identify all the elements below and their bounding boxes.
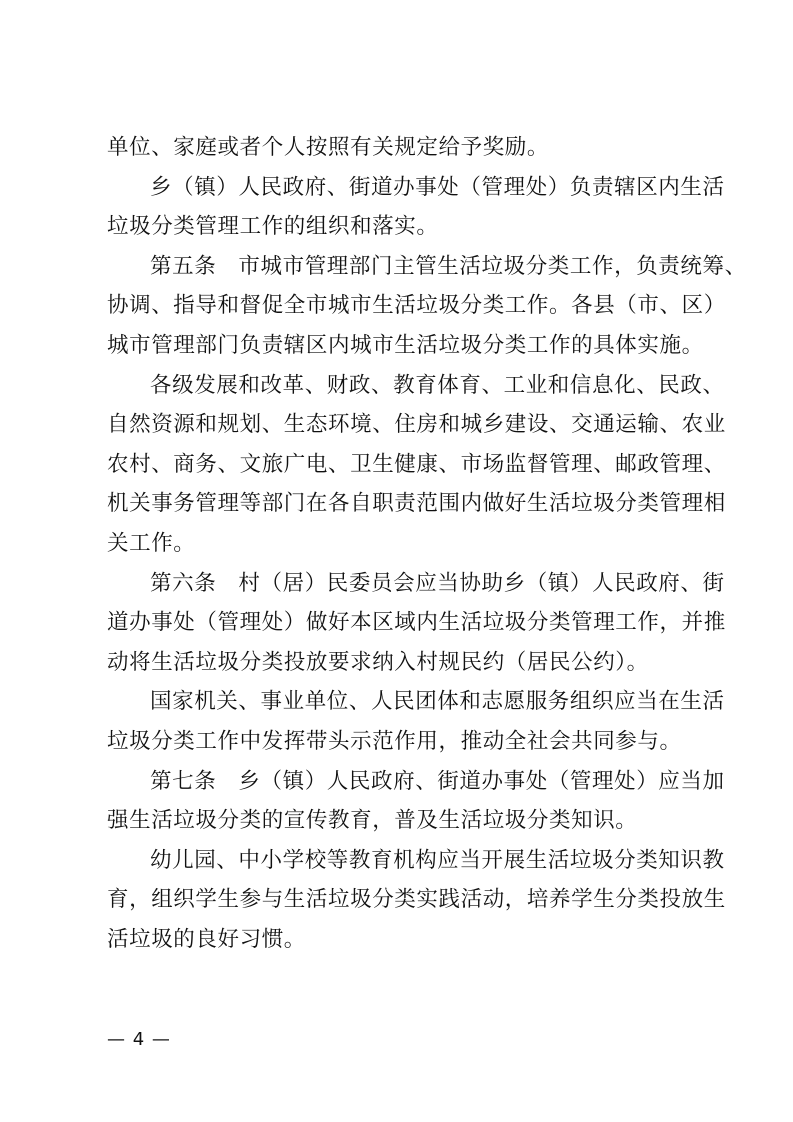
- text-line: 强生活垃圾分类的宣传教育，普及生活垃圾分类知识。: [107, 801, 697, 841]
- text-line: 动将生活垃圾分类投放要求纳入村规民约（居民公约）。: [107, 643, 697, 683]
- text-line: 垃圾分类工作中发挥带头示范作用，推动全社会共同参与。: [107, 722, 697, 762]
- article-6-heading-line: 第六条 村（居）民委员会应当协助乡（镇）人民政府、街: [107, 564, 697, 604]
- text-line: 农村、商务、文旅广电、卫生健康、市场监督管理、邮政管理、: [107, 445, 697, 485]
- page-number: — 4 —: [107, 1028, 171, 1052]
- text-line: 活垃圾的良好习惯。: [107, 920, 697, 960]
- text-line: 机关事务管理等部门在各自职责范围内做好生活垃圾分类管理相: [107, 484, 697, 524]
- text-line: 道办事处（管理处）做好本区域内生活垃圾分类管理工作，并推: [107, 603, 697, 643]
- text-line: 协调、指导和督促全市城市生活垃圾分类工作。各县（市、区）: [107, 286, 697, 326]
- text-line: 垃圾分类管理工作的组织和落实。: [107, 207, 697, 247]
- text-line: 育，组织学生参与生活垃圾分类实践活动，培养学生分类投放生: [107, 880, 697, 920]
- article-7-heading-line: 第七条 乡（镇）人民政府、街道办事处（管理处）应当加: [107, 762, 697, 802]
- text-line: 幼儿园、中小学校等教育机构应当开展生活垃圾分类知识教: [107, 841, 697, 881]
- text-line: 国家机关、事业单位、人民团体和志愿服务组织应当在生活: [107, 682, 697, 722]
- document-body: 单位、家庭或者个人按照有关规定给予奖励。 乡（镇）人民政府、街道办事处（管理处）…: [107, 128, 697, 959]
- text-line: 单位、家庭或者个人按照有关规定给予奖励。: [107, 128, 697, 168]
- text-line: 各级发展和改革、财政、教育体育、工业和信息化、民政、: [107, 366, 697, 406]
- article-5-heading-line: 第五条 市城市管理部门主管生活垃圾分类工作，负责统筹、: [107, 247, 697, 287]
- text-line: 关工作。: [107, 524, 697, 564]
- text-line: 自然资源和规划、生态环境、住房和城乡建设、交通运输、农业: [107, 405, 697, 445]
- text-line: 乡（镇）人民政府、街道办事处（管理处）负责辖区内生活: [107, 168, 697, 208]
- text-line: 城市管理部门负责辖区内城市生活垃圾分类工作的具体实施。: [107, 326, 697, 366]
